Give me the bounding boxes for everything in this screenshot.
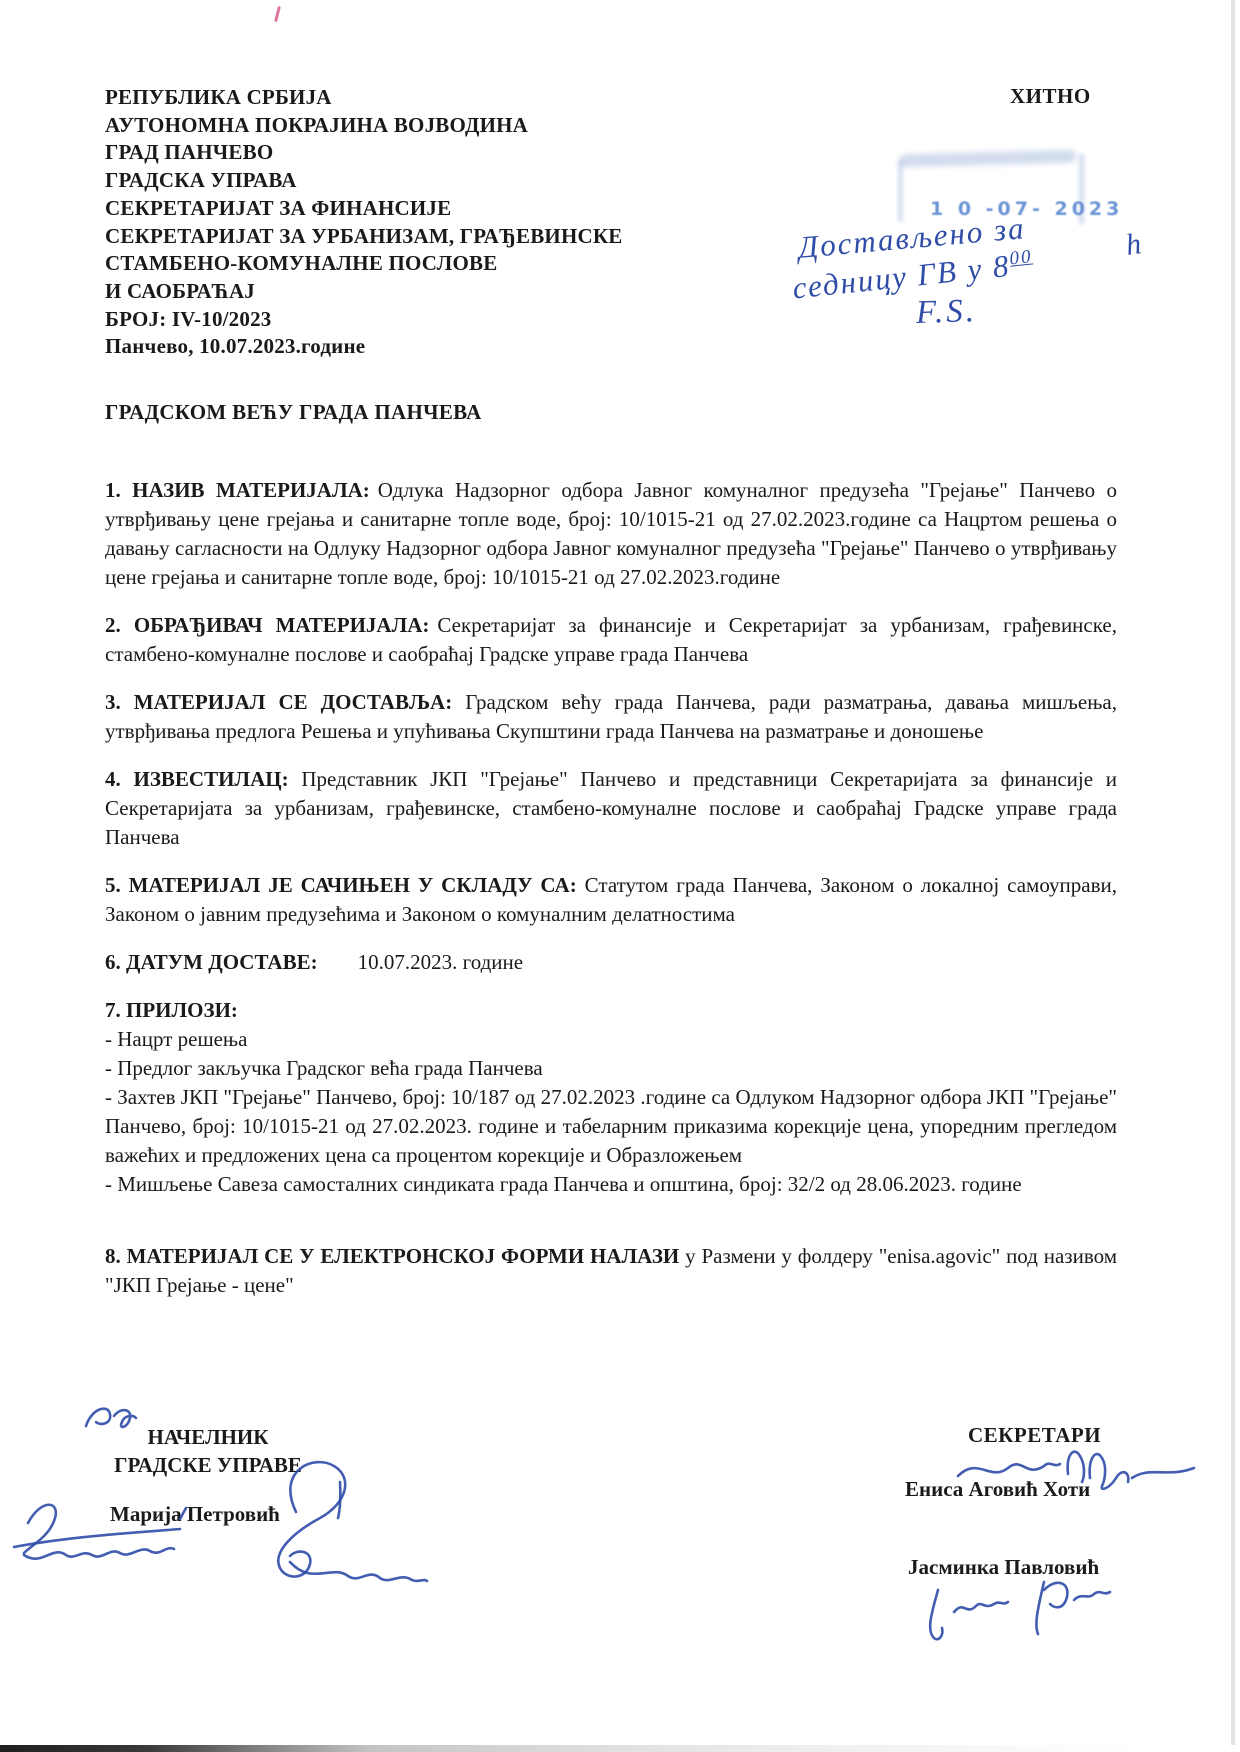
place-and-date: Панчево, 10.07.2023.године — [105, 333, 623, 361]
letterhead-line-province: АУТОНОМНА ПОКРАЈИНА ВОЈВОДИНА — [105, 112, 623, 140]
letterhead-line-city: ГРАД ПАНЧЕВО — [105, 139, 623, 167]
section-7-prilozi: 7. ПРИЛОЗИ: - Нацрт решења - Предлог зак… — [105, 996, 1117, 1199]
signature-left-tall — [228, 1452, 430, 1602]
section-1-label: 1. НАЗИВ МАТЕРИЈАЛА: — [105, 478, 370, 502]
section-6-label: 6. ДАТУМ ДОСТАВЕ: — [105, 950, 318, 974]
urgent-label: ХИТНО — [1010, 84, 1091, 109]
document-number: БРОЈ: IV-10/2023 — [105, 306, 623, 334]
attachment-item: - Нацрт решења — [105, 1025, 1117, 1054]
scan-bottom-edge — [0, 1745, 1240, 1752]
section-5-label: 5. МАТЕРИЈАЛ ЈЕ САЧИЊЕН У СКЛАДУ СА: — [105, 873, 577, 897]
letterhead-line-country: РЕПУБЛИКА СРБИЈА — [105, 84, 623, 112]
document-body: 1. НАЗИВ МАТЕРИЈАЛА:Одлука Надзорног одб… — [105, 476, 1117, 1319]
addressee-line: ГРАДСКОМ ВЕЋУ ГРАДА ПАНЧЕВА — [105, 400, 482, 425]
section-8-elektronska-forma: 8. МАТЕРИЈАЛ СЕ У ЕЛЕКТРОНСКОЈ ФОРМИ НАЛ… — [105, 1242, 1117, 1300]
section-3-dostavlja: 3. МАТЕРИЈАЛ СЕ ДОСТАВЉА: Градском већу … — [105, 688, 1117, 746]
section-1-naziv: 1. НАЗИВ МАТЕРИЈАЛА:Одлука Надзорног одб… — [105, 476, 1117, 592]
stamp-smudge — [900, 150, 1076, 168]
attachment-item: - Предлог закључка Градског већа града П… — [105, 1054, 1117, 1083]
signatory-left-title-line1: НАЧЕЛНИК — [105, 1423, 311, 1451]
handwritten-superscript: 00 — [1008, 246, 1033, 269]
letterhead-line-secretariat-finance: СЕКРЕТАРИЈАТ ЗА ФИНАНСИЈЕ — [105, 195, 623, 223]
scan-red-mark — [274, 6, 281, 22]
signatory-right-name1: Ениса Аговић Хоти — [905, 1477, 1090, 1502]
handwritten-initials: F.S. — [915, 293, 977, 332]
attachment-item: - Мишљење Савеза самосталних синдиката г… — [105, 1170, 1117, 1199]
signature-left-scrawl — [8, 1495, 190, 1587]
scan-right-edge — [1231, 0, 1235, 1752]
handwritten-hour-mark: h — [1124, 227, 1144, 263]
letterhead-line-communal: СТАМБЕНО-КОМУНАЛНЕ ПОСЛОВЕ — [105, 250, 623, 278]
letterhead-line-administration: ГРАДСКА УПРАВА — [105, 167, 623, 195]
letterhead-line-secretariat-urbanism: СЕКРЕТАРИЈАТ ЗА УРБАНИЗАМ, ГРАЂЕВИНСКЕ — [105, 223, 623, 251]
stamp-left-edge — [898, 160, 903, 222]
section-4-label: 4. ИЗВЕСТИЛАЦ: — [105, 767, 289, 791]
section-3-label: 3. МАТЕРИЈАЛ СЕ ДОСТАВЉА: — [105, 690, 452, 714]
letterhead-line-traffic: И САОБРАЋАЈ — [105, 278, 623, 306]
section-8-label: 8. МАТЕРИЈАЛ СЕ У ЕЛЕКТРОНСКОЈ ФОРМИ НАЛ… — [105, 1244, 679, 1268]
letterhead: РЕПУБЛИКА СРБИЈА АУТОНОМНА ПОКРАЈИНА ВОЈ… — [105, 84, 623, 361]
section-2-obradjivac: 2. ОБРАЂИВАЧ МАТЕРИЈАЛА:Секретаријат за … — [105, 611, 1117, 669]
section-2-label: 2. ОБРАЂИВАЧ МАТЕРИЈАЛА: — [105, 613, 429, 637]
attachment-item: - Захтев ЈКП "Грејање" Панчево, број: 10… — [105, 1083, 1117, 1170]
section-6-datum: 6. ДАТУМ ДОСТАВЕ:10.07.2023. године — [105, 948, 1117, 977]
section-7-label: 7. ПРИЛОЗИ: — [105, 996, 1117, 1025]
signature-right-secretary2 — [918, 1572, 1118, 1660]
section-4-izvestilac: 4. ИЗВЕСТИЛАЦ: Представник ЈКП "Грејање"… — [105, 765, 1117, 852]
section-5-sklad: 5. МАТЕРИЈАЛ ЈЕ САЧИЊЕН У СКЛАДУ СА: Ста… — [105, 871, 1117, 929]
section-6-text: 10.07.2023. године — [358, 950, 523, 974]
